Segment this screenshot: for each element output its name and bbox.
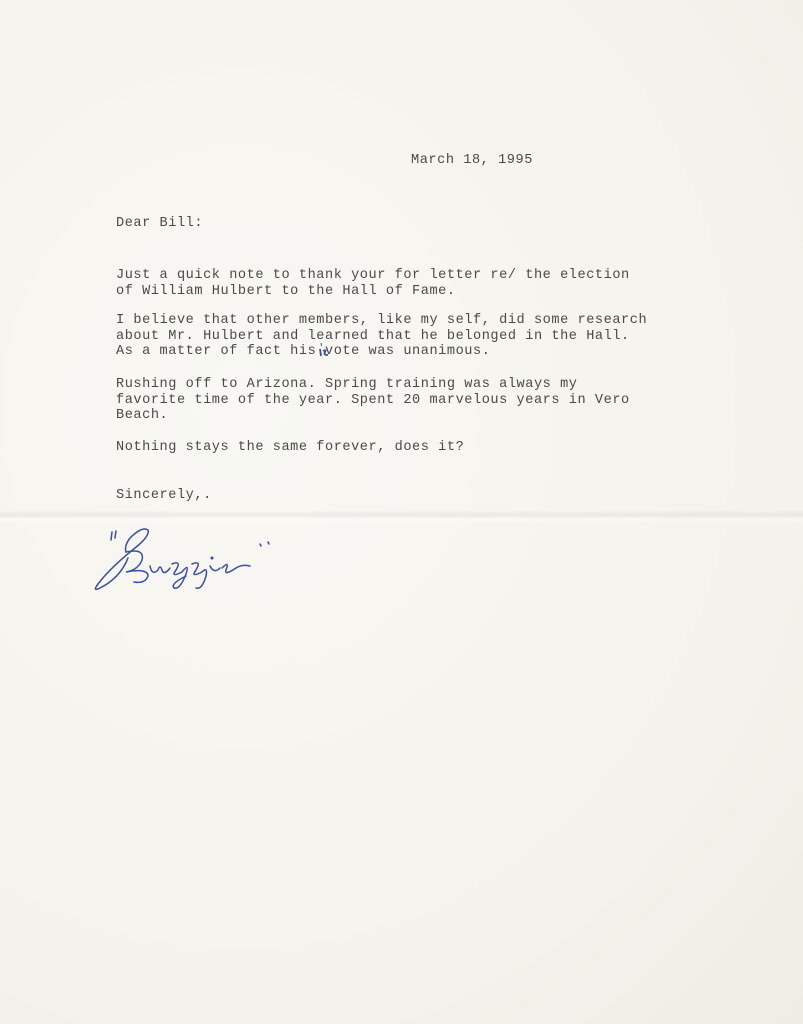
letter-date: March 18, 1995 [411, 153, 533, 169]
paragraph-thanks: Just a quick note to thank your for lett… [116, 268, 630, 299]
paragraph-nothing-stays: Nothing stays the same forever, does it? [116, 440, 464, 456]
letter-paper [0, 0, 803, 1024]
paragraph-research: I believe that other members, like my se… [116, 313, 647, 360]
handwritten-correction-mark [318, 342, 330, 358]
paragraph-arizona: Rushing off to Arizona. Spring training … [116, 377, 630, 424]
signature [90, 518, 280, 598]
salutation: Dear Bill: [116, 216, 203, 232]
closing: Sincerely,. [116, 488, 212, 504]
